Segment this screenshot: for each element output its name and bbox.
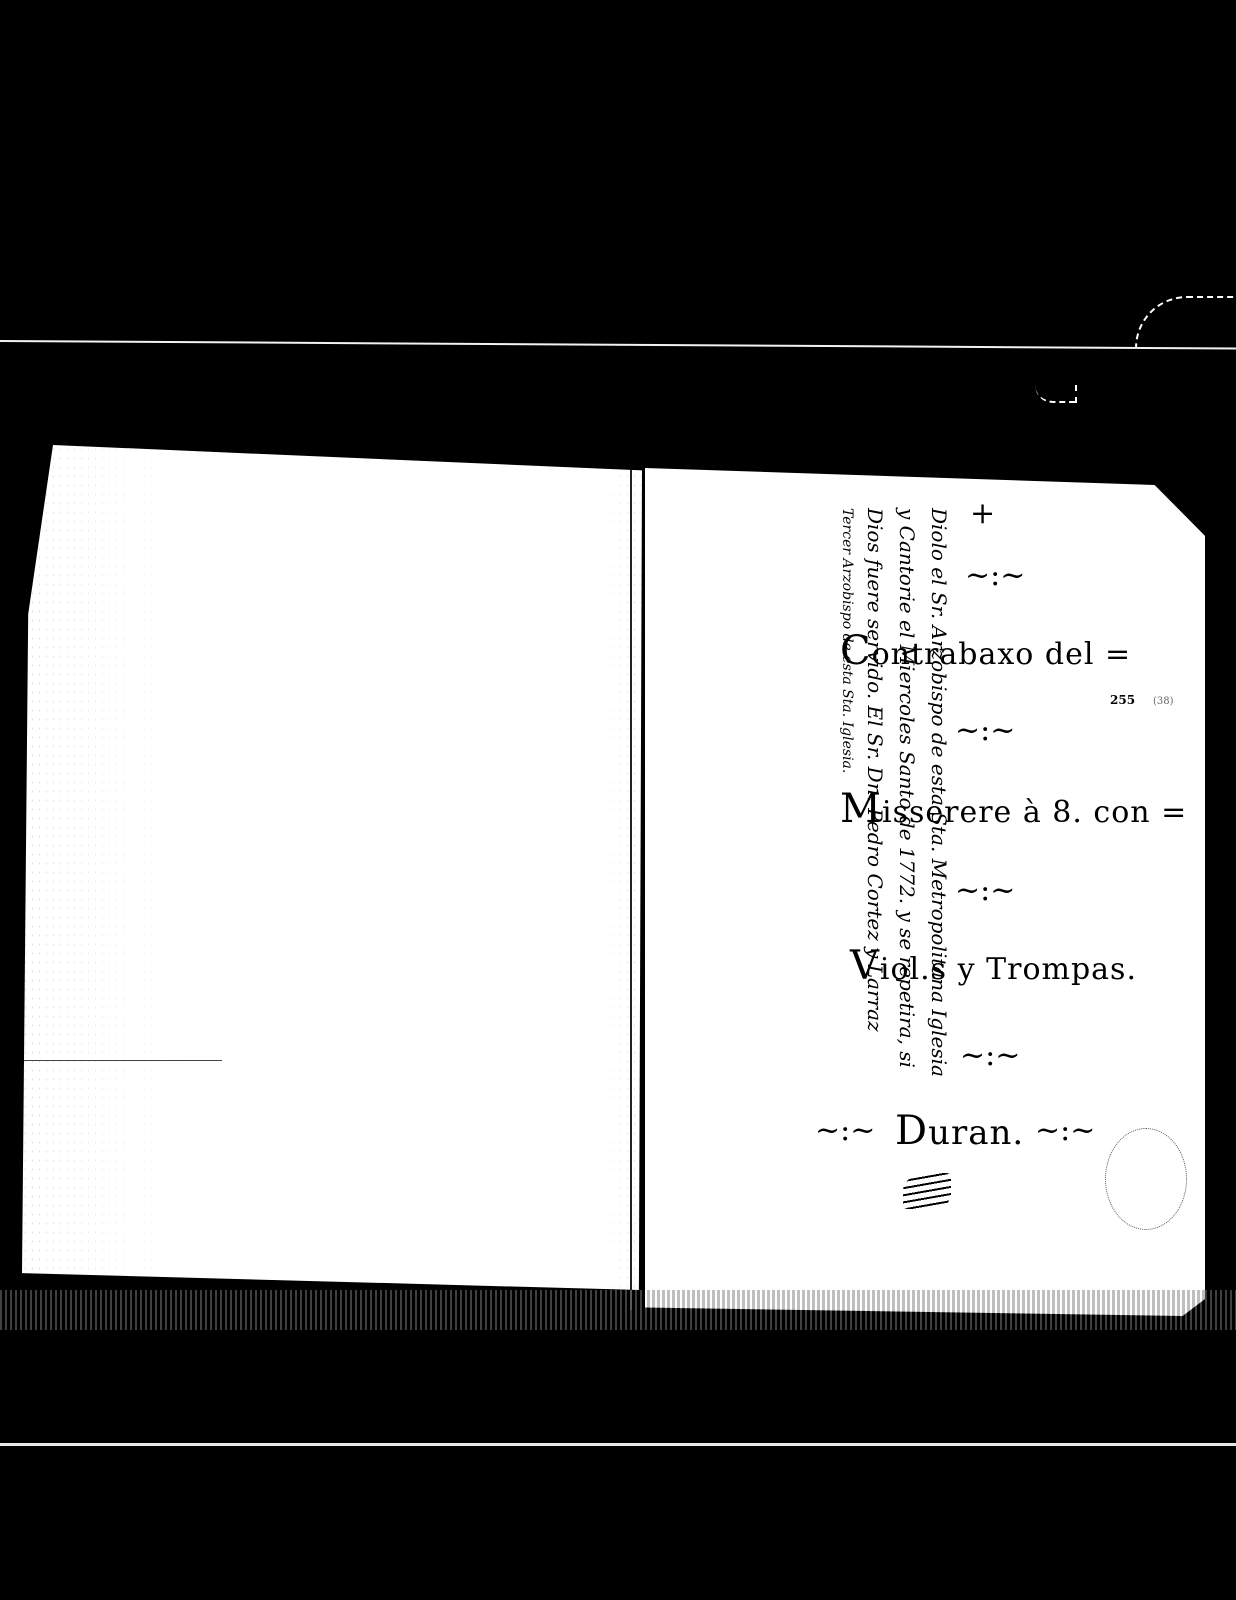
annotation-line: Dios fuere servido. El Sr. Dn. Pedro Cor…: [859, 508, 891, 1268]
cross-mark: +: [970, 496, 995, 531]
scan-artifact-line: [0, 340, 1236, 350]
annotation-line: y Cantorie el Miercoles Santo de 1772. y…: [891, 508, 923, 1268]
annotation-line: Diolo el Sr. Arzobispo de esta Sta. Metr…: [923, 508, 955, 1268]
flourish-divider: ~:~: [955, 873, 1015, 908]
book-gutter: [630, 470, 632, 1310]
right-page-cover: + ~:~ Contrabaxo del = 255 (38) ~:~ Miss…: [645, 468, 1205, 1316]
left-page-blank: [22, 445, 642, 1290]
flourish-divider: ~:~: [965, 558, 1025, 593]
scan-artifact-curve: [1035, 385, 1077, 403]
fold-line: [22, 1060, 222, 1061]
paper-grain: [22, 445, 642, 1290]
scan-artifact-curve: [1135, 296, 1236, 348]
flourish-divider: ~:~: [1035, 1113, 1095, 1148]
folio-number-faint: (38): [1153, 696, 1174, 707]
page-bottom-edge: [0, 1290, 1236, 1330]
flourish-divider: ~:~: [955, 713, 1015, 748]
folio-number: 255: [1110, 693, 1135, 707]
annotation-line: Tercer Arzobispo de esta Sta. Iglesia.: [835, 508, 859, 1268]
flourish-divider: ~:~: [960, 1038, 1020, 1073]
faint-circular-stamp: [1105, 1128, 1187, 1230]
vertical-annotation: Diolo el Sr. Arzobispo de esta Sta. Metr…: [805, 508, 955, 1268]
scan-artifact-line: [0, 1443, 1236, 1446]
